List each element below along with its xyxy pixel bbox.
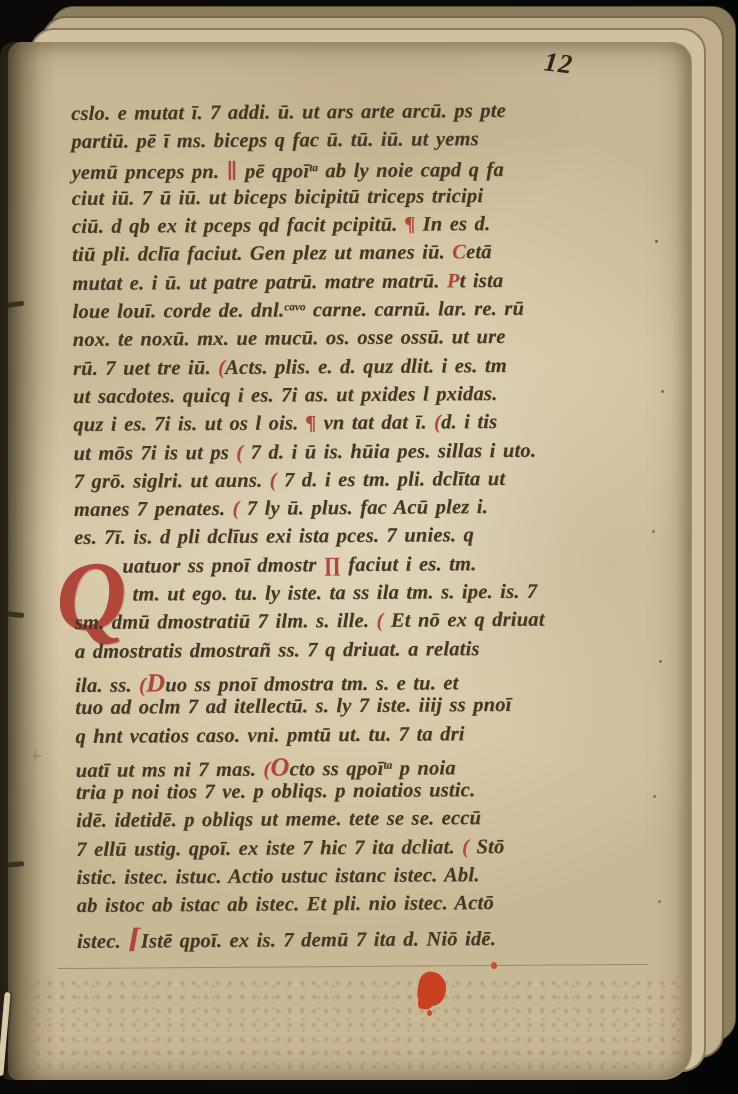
text-segment: cavo	[284, 301, 305, 313]
text-segment: a dmostratis dmostrañ ss. 7 q driuat. a …	[75, 638, 480, 663]
text-segment: istec.	[77, 930, 128, 952]
text-segment: ⌈	[128, 924, 141, 953]
text-segment: ut sacdotes. quicq i es. 7i as. ut pxide…	[73, 383, 497, 408]
folio-number: 12	[542, 46, 575, 80]
text-segment: partiū. pē ī ms. biceps q fac ū. tū. iū.…	[71, 128, 479, 153]
text-line: sm. dmū dmostratiū 7 ilm. s. ille. ( Et …	[75, 608, 641, 640]
text-line: istic. istec. istuc. Actio ustuc istanc …	[76, 863, 642, 895]
parchment-texture	[20, 976, 684, 1072]
text-line: istec. ⌈Istē qpoī. ex is. 7 demū 7 ita d…	[77, 920, 643, 952]
text-segment: ¶	[405, 214, 416, 236]
text-segment: t ista	[460, 270, 504, 292]
text-segment: sm. dmū dmostratiū 7 ilm. s. ille.	[75, 610, 377, 634]
text-segment: P	[447, 270, 460, 292]
text-segment: rū. 7 uet tre iū.	[73, 357, 218, 380]
text-segment: faciut i es. tm.	[341, 553, 477, 576]
ink-spot	[427, 1010, 432, 1016]
text-line: q hnt vcatios caso. vni. pmtū ut. tu. 7 …	[75, 722, 641, 754]
text-block: cslo. e mutat ī. 7 addi. ū. ut ars arte …	[71, 99, 643, 952]
manuscript-photo: 12 Q + cslo. e mutat ī. 7 addi. ū. ut ar…	[0, 0, 738, 1094]
text-segment: 7 d. i es tm. pli. dclīta ut	[277, 468, 506, 492]
text-line: es. 7ī. is. d pli dclīus exi ista pces. …	[74, 523, 640, 555]
text-segment: ta	[383, 759, 392, 771]
text-segment: ∏	[324, 554, 341, 576]
text-line: ab istoc ab istac ab istec. Et pli. nio …	[77, 891, 643, 923]
text-segment: ¶	[306, 413, 317, 435]
text-line: tuo ad oclm 7 ad itellectū. s. ly 7 iste…	[75, 693, 641, 725]
text-segment: ciut iū. 7 ū iū. ut biceps bicipitū tric…	[72, 185, 484, 210]
text-segment: istic. istec. istuc. Actio ustuc istanc …	[76, 864, 479, 889]
text-line: 7 ellū ustig. qpoī. ex iste 7 hic 7 ita …	[76, 835, 642, 867]
text-line: partiū. pē ī ms. biceps q fac ū. tū. iū.…	[71, 127, 637, 159]
text-segment: pē qpoī	[237, 160, 309, 182]
text-segment: 7 grō. siglri. ut auns.	[74, 469, 270, 492]
text-segment: ut mōs 7i is ut ps	[73, 441, 236, 464]
text-segment: 7 ly ū. plus. fac Acū plez i.	[239, 496, 488, 520]
text-segment: ab ly noie capd q fa	[318, 159, 504, 182]
text-segment: uo ss pnoī dmostra tm. s. e tu. et	[165, 672, 458, 696]
text-segment: D	[146, 668, 165, 697]
text-line: nox. te noxū. mx. ue mucū. os. osse ossū…	[73, 325, 639, 357]
text-line: tm. ut ego. tu. ly iste. ta ss ila tm. s…	[74, 580, 640, 612]
text-line: ut sacdotes. quicq i es. 7i as. ut pxide…	[73, 382, 639, 414]
margin-specks	[655, 240, 658, 243]
text-segment: C	[452, 242, 466, 264]
text-segment: nox. te noxū. mx. ue mucū. os. osse ossū…	[73, 326, 506, 351]
ink-spot	[491, 962, 497, 969]
text-segment: ab istoc ab istac ab istec. Et pli. nio …	[77, 892, 494, 917]
text-segment: Istē qpoī. ex is. 7 demū 7 ita d. Niō id…	[141, 928, 496, 952]
text-segment: O	[270, 752, 289, 781]
text-line: loue louī. corde de. dnl.cavo carne. car…	[72, 297, 638, 329]
text-segment: etā	[466, 242, 492, 264]
text-line: ciut iū. 7 ū iū. ut biceps bicipitū tric…	[72, 184, 638, 216]
text-segment: tiū pli. dclīa faciut. Gen plez ut manes…	[72, 242, 452, 267]
text-line: yemū pnceps pn. ∥ pē qpoīta ab ly noie c…	[71, 156, 637, 188]
text-segment: vn tat dat ī.	[316, 412, 434, 435]
text-segment: Stō	[469, 836, 504, 858]
text-line: rū. 7 uet tre iū. (Acts. plis. e. d. quz…	[73, 354, 639, 386]
text-segment: uatī ut ms ni 7 mas.	[76, 758, 264, 781]
binding-gutter	[0, 42, 58, 1080]
text-line: a dmostratis dmostrañ ss. 7 q driuat. a …	[75, 637, 641, 669]
text-segment: tm. ut ego. tu. ly iste. ta ss ila tm. s…	[132, 581, 537, 606]
text-line: tria p noi tios 7 ve. p obliqs. p noiati…	[76, 778, 642, 810]
text-line: idē. idetidē. p obliqs ut meme. tete se …	[76, 806, 642, 838]
text-line: ut mōs 7i is ut ps ( 7 d. i ū is. hūia p…	[73, 439, 639, 471]
margin-mark: +	[27, 744, 43, 772]
text-segment: es. 7ī. is. d pli dclīus exi ista pces. …	[74, 525, 474, 550]
text-segment: ila. ss.	[75, 674, 139, 696]
text-segment: q hnt vcatios caso. vni. pmtū ut. tu. 7 …	[75, 723, 464, 748]
text-line: 7 grō. siglri. ut auns. ( 7 d. i es tm. …	[74, 467, 640, 499]
text-segment: In es d.	[415, 213, 490, 236]
text-segment: p noia	[392, 757, 456, 779]
text-line: mutat e. i ū. ut patre patrū. matre matr…	[72, 269, 638, 301]
text-segment: carne. carnū. lar. re. rū	[305, 298, 524, 322]
text-line: ciū. d qb ex it pceps qd facit pcipitū. …	[72, 212, 638, 244]
text-line: uatī ut ms ni 7 mas. (Octo ss qpoīta p n…	[76, 750, 642, 782]
text-segment: d. i tis	[441, 411, 497, 433]
text-line: manes 7 penates. ( 7 ly ū. plus. fac Acū…	[74, 495, 640, 527]
text-segment: Acts. plis. e. d. quz dlit. i es. tm	[225, 355, 507, 379]
text-line: quz i es. 7i is. ut os l ois. ¶ vn tat d…	[73, 410, 639, 442]
text-segment: idē. idetidē. p obliqs ut meme. tete se …	[76, 808, 481, 833]
text-line: ila. ss. (Duo ss pnoī dmostra tm. s. e t…	[75, 665, 641, 697]
text-segment: 7 d. i ū is. hūia pes. sillas i uto.	[243, 439, 536, 463]
text-line: uatuor ss pnoī dmostr ∏ faciut i es. tm.	[74, 552, 640, 584]
text-segment: manes 7 penates.	[74, 498, 233, 521]
text-segment: tria p noi tios 7 ve. p obliqs. p noiati…	[76, 779, 476, 804]
text-segment: 7 ellū ustig. qpoī. ex iste 7 hic 7 ita …	[76, 836, 462, 861]
text-line: tiū pli. dclīa faciut. Gen plez ut manes…	[72, 241, 638, 273]
text-segment: quz i es. 7i is. ut os l ois.	[73, 413, 306, 437]
text-segment: mutat e. i ū. ut patre patrū. matre matr…	[72, 270, 447, 295]
text-segment: loue louī. corde de. dnl.	[72, 300, 284, 323]
text-segment: cto ss qpoī	[289, 758, 383, 781]
text-segment: ∥	[226, 160, 237, 182]
text-segment: uatuor ss pnoī dmostr	[122, 554, 324, 577]
text-segment: Et nō ex q driuat	[383, 609, 544, 632]
text-segment: tuo ad oclm 7 ad itellectū. s. ly 7 iste…	[75, 694, 511, 719]
text-line: cslo. e mutat ī. 7 addi. ū. ut ars arte …	[71, 99, 637, 131]
text-segment: cslo. e mutat ī. 7 addi. ū. ut ars arte …	[71, 100, 506, 125]
text-segment: ciū. d qb ex it pceps qd facit pcipitū.	[72, 214, 405, 238]
text-segment: yemū pnceps pn.	[71, 160, 226, 183]
